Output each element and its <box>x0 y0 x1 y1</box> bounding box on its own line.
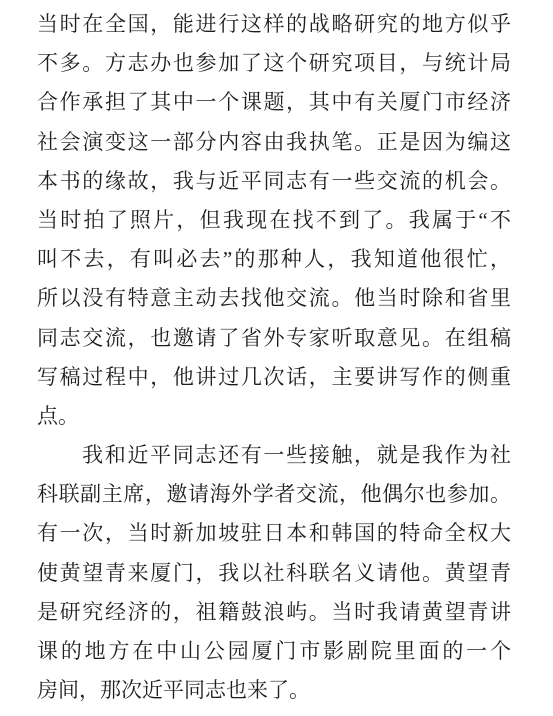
text-line: 科联副主席，邀请海外学者交流，他偶尔也参加。 <box>37 475 511 514</box>
text-line: 课的地方在中山公园厦门市影剧院里面的一个 <box>37 632 511 671</box>
text-line: 所以没有特意主动去找他交流。他当时除和省里 <box>37 279 511 318</box>
text-line: 有一次，当时新加坡驻日本和韩国的特命全权大 <box>37 514 511 553</box>
text-line-paragraph-end: 房间，那次近平同志也来了。 <box>37 671 511 710</box>
text-line: 是研究经济的，祖籍鼓浪屿。当时我请黄望青讲 <box>37 593 511 632</box>
text-line: 社会演变这一部分内容由我执笔。正是因为编这 <box>37 123 511 162</box>
text-line: 当时拍了照片，但我现在找不到了。我属于“不 <box>37 201 511 240</box>
text-line-paragraph-end: 点。 <box>37 397 511 436</box>
text-line: 写稿过程中，他讲过几次话，主要讲写作的侧重 <box>37 358 511 397</box>
body-text: 当时在全国，能进行这样的战略研究的地方似乎 不多。方志办也参加了这个研究项目，与… <box>37 5 511 710</box>
text-line: 使黄望青来厦门，我以社科联名义请他。黄望青 <box>37 554 511 593</box>
text-line: 合作承担了其中一个课题，其中有关厦门市经济 <box>37 83 511 122</box>
document-page: 当时在全国，能进行这样的战略研究的地方似乎 不多。方志办也参加了这个研究项目，与… <box>0 0 553 716</box>
text-line: 当时在全国，能进行这样的战略研究的地方似乎 <box>37 5 511 44</box>
text-line-paragraph-start: 我和近平同志还有一些接触，就是我作为社 <box>37 436 511 475</box>
text-line: 不多。方志办也参加了这个研究项目，与统计局 <box>37 44 511 83</box>
text-line: 叫不去，有叫必去”的那种人，我知道他很忙， <box>37 240 511 279</box>
text-line: 同志交流，也邀请了省外专家听取意见。在组稿 <box>37 319 511 358</box>
text-line: 本书的缘故，我与近平同志有一些交流的机会。 <box>37 162 511 201</box>
